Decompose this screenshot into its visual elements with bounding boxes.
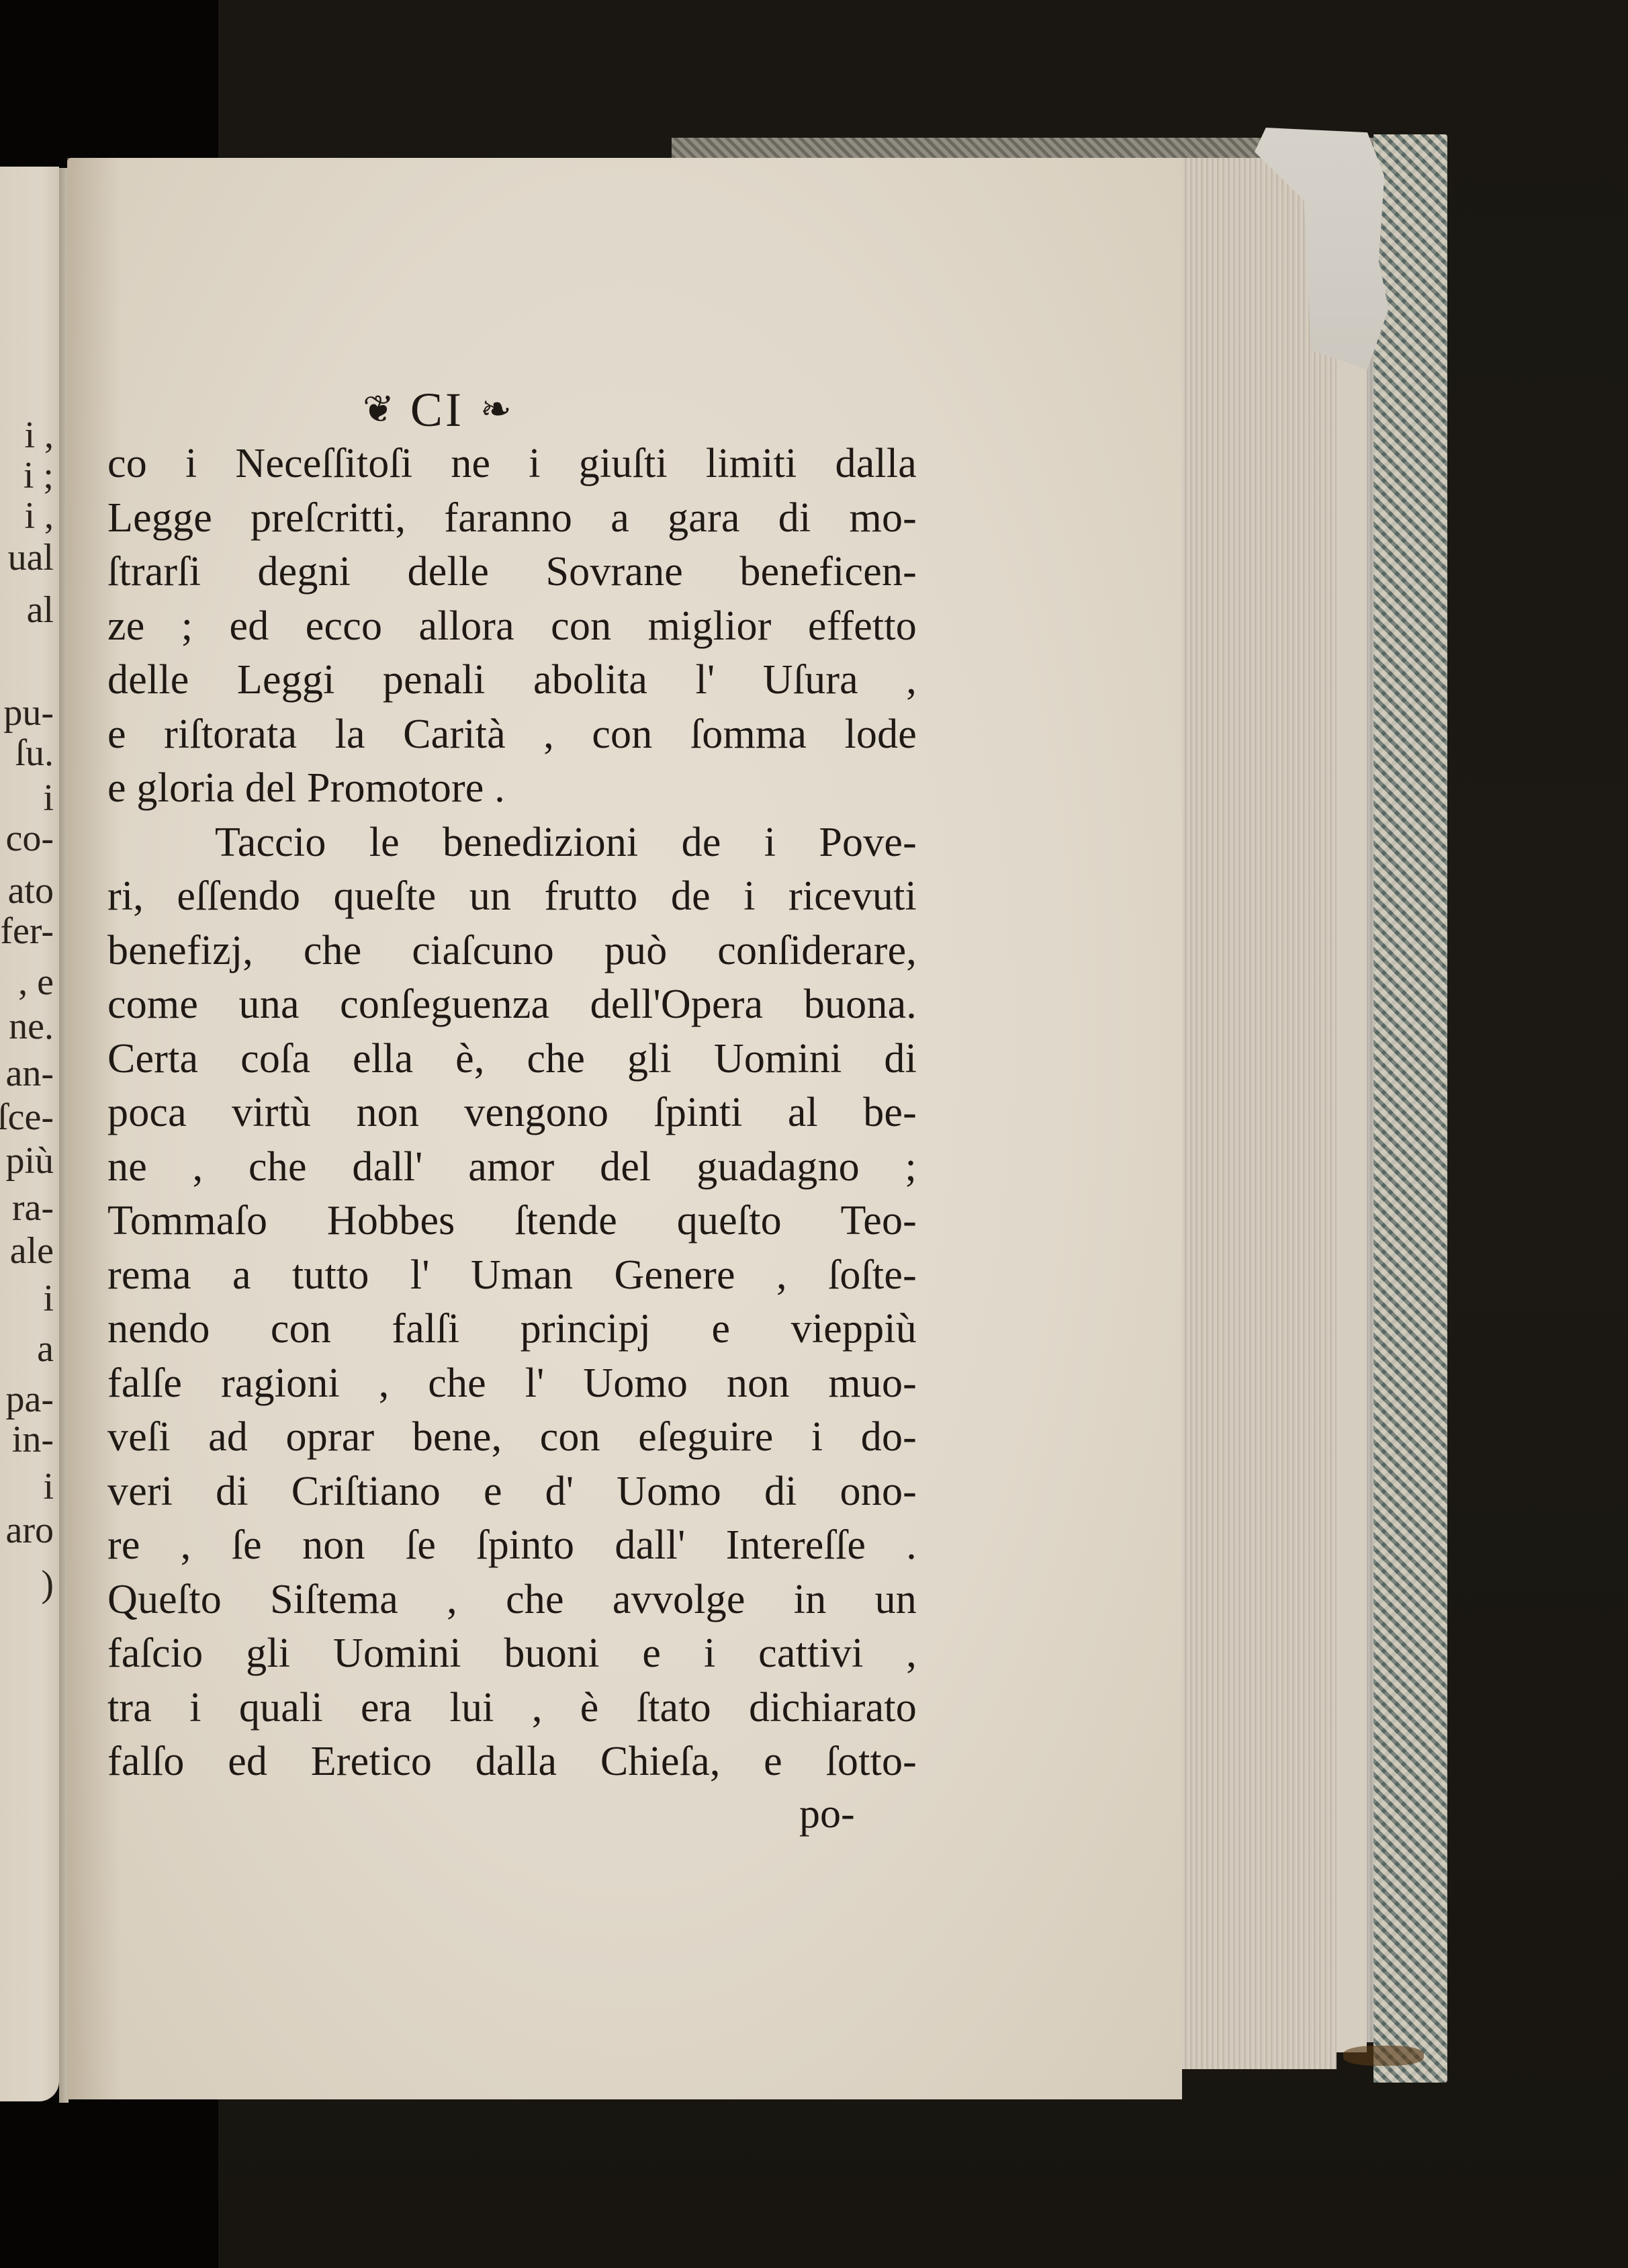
left-page-fragment: ſu. (15, 734, 54, 772)
left-page-fragment: aro (5, 1512, 54, 1549)
left-page-fragment: co- (5, 820, 54, 857)
text-line: ne , che dall' amor del guadagno ; (107, 1140, 917, 1194)
left-page-fragment: i , (24, 497, 54, 535)
text-line: co i Neceſſitoſi ne i giuſti limiti dall… (107, 437, 917, 491)
text-line: benefizj, che ciaſcuno può conſiderare, (107, 924, 917, 978)
text-line: faſcio gli Uomini buoni e i cattivi , (107, 1626, 917, 1681)
text-line: e gloria del Promotore . (107, 761, 917, 816)
catchword: po- (799, 1790, 855, 1838)
marbled-cover-edge (1373, 134, 1447, 2083)
text-line: tra i quali era lui , è ſtato dichiarato (107, 1681, 917, 1735)
left-page-fragment: fer- (0, 912, 54, 950)
text-line: poca virtù non vengono ſpinti al be- (107, 1086, 917, 1140)
left-page-fragment: ale (10, 1232, 54, 1270)
text-line: ſtrarſi degni delle Sovrane beneficen- (107, 545, 917, 599)
left-page-fragment: ſce- (0, 1098, 54, 1136)
left-page-fragment: , e (18, 963, 54, 1001)
left-page-fragment: pa- (5, 1381, 54, 1418)
fleuron-right-icon: ❧ (480, 391, 512, 429)
page-number: CI (410, 382, 464, 438)
left-page-fragment: pu- (3, 694, 54, 732)
left-page-fragment: i (43, 779, 54, 817)
text-line: ze ; ed ecco allora con miglior effetto (107, 599, 917, 654)
fleuron-left-icon: ❦ (363, 391, 394, 429)
left-page-fragment: ne. (9, 1008, 54, 1045)
left-page-fragment: i (43, 1280, 54, 1317)
text-line: Queſto Siſtema , che avvolge in un (107, 1573, 917, 1627)
left-page-fragment: ) (41, 1565, 54, 1603)
text-line: ri, eſſendo queſte un frutto de i ricevu… (107, 869, 917, 924)
text-line: delle Leggi penali abolita l' Uſura , (107, 653, 917, 707)
left-page-fragment: i ; (24, 457, 54, 494)
running-head: ❦ CI ❧ (363, 383, 512, 437)
left-page-fragment: an- (5, 1055, 54, 1092)
left-page-fragment: ato (8, 872, 54, 910)
left-page-text-fragments: i ,i ;i ,ualalpu-ſu.ico-atofer-, ene.an-… (0, 167, 58, 2101)
left-page-fragment: ual (8, 539, 54, 576)
text-line: e riſtorata la Carità , con ſomma lode (107, 707, 917, 762)
text-line: re , ſe non ſe ſpinto dall' Intereſſe . (107, 1518, 917, 1573)
text-line: veri di Criſtiano e d' Uomo di ono- (107, 1465, 917, 1519)
text-line: Tommaſo Hobbes ſtende queſto Teo- (107, 1194, 917, 1248)
page-edges-stack (1182, 158, 1337, 2069)
text-line: Certa coſa ella è, che gli Uomini di (107, 1032, 917, 1086)
text-line: Taccio le benedizioni de i Pove- (107, 816, 917, 870)
cover-corner-stain (1343, 2046, 1424, 2066)
left-page-fragment: i (43, 1468, 54, 1506)
text-line: falſe ragioni , che l' Uomo non muo- (107, 1356, 917, 1411)
text-line: nendo con falſi principj e vieppiù (107, 1302, 917, 1356)
body-text: co i Neceſſitoſi ne i giuſti limiti dall… (107, 437, 917, 1789)
text-line: veſi ad oprar bene, con eſeguire i do- (107, 1410, 917, 1465)
left-page-fragment: a (37, 1330, 54, 1368)
left-page-sliver: i ,i ;i ,ualalpu-ſu.ico-atofer-, ene.an-… (0, 167, 59, 2101)
text-line: rema a tutto l' Uman Genere , ſoſte- (107, 1248, 917, 1303)
left-page-fragment: i , (24, 417, 54, 454)
text-line: falſo ed Eretico dalla Chieſa, e ſotto- (107, 1735, 917, 1789)
left-page-fragment: al (27, 591, 54, 629)
text-line: Legge preſcritti, faranno a gara di mo- (107, 491, 917, 546)
left-page-fragment: in- (12, 1421, 54, 1458)
text-line: come una conſeguenza dell'Opera buona. (107, 977, 917, 1032)
left-page-fragment: ra- (12, 1189, 54, 1227)
left-page-fragment: più (5, 1142, 54, 1180)
